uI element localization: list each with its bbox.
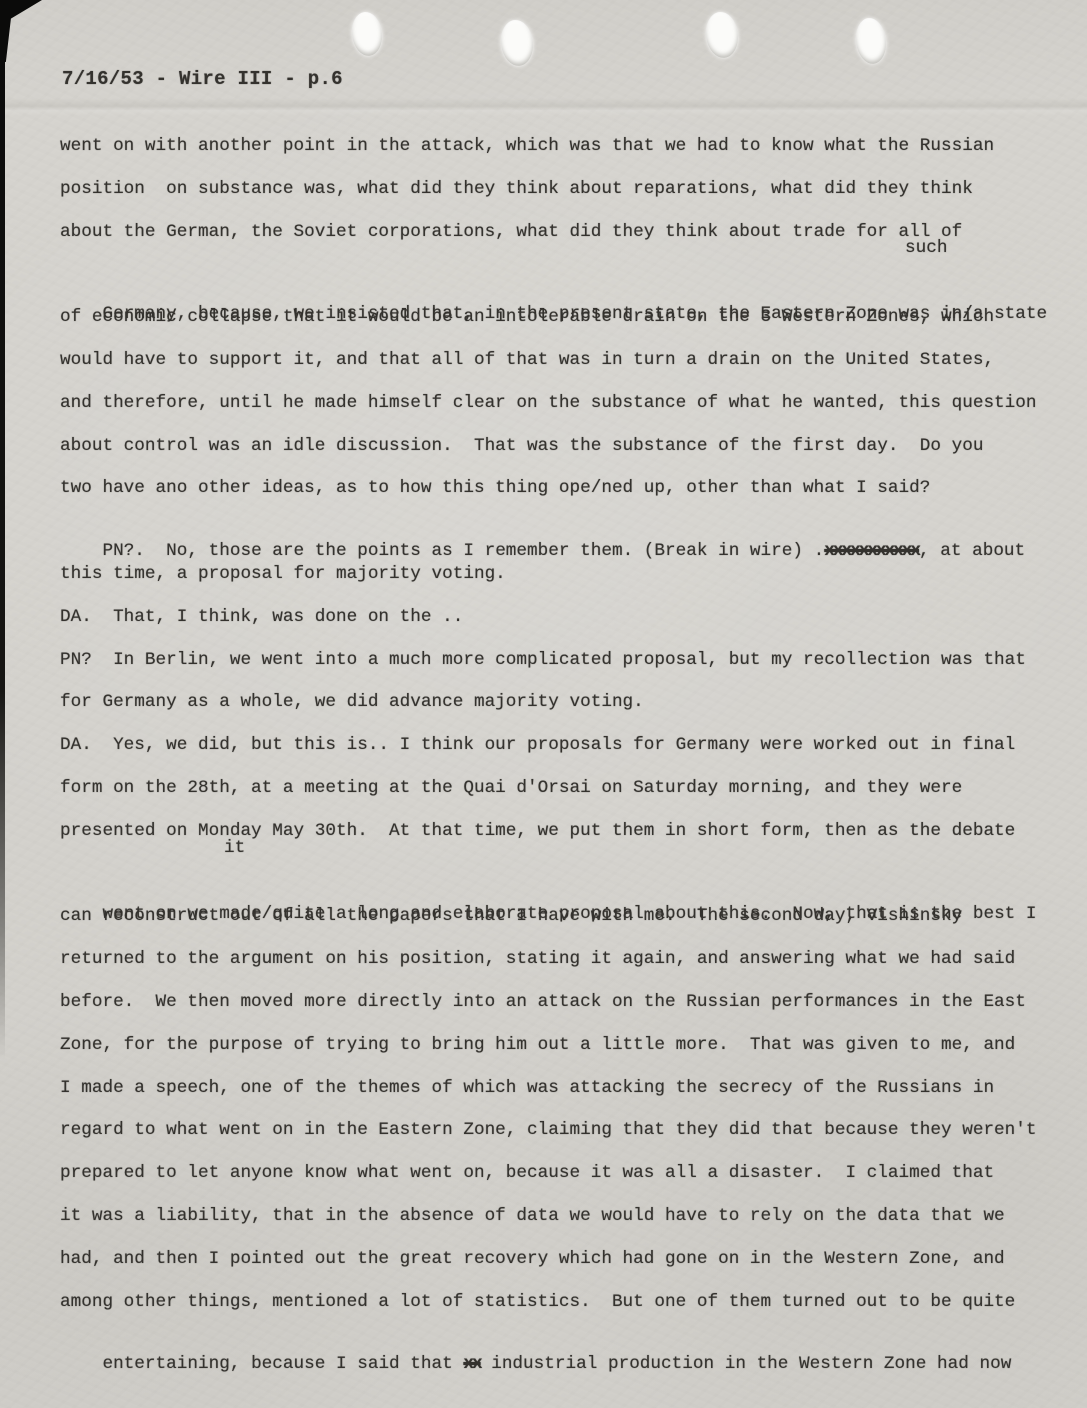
typed-line: position on substance was, what did they… <box>60 179 1060 222</box>
typed-line: returned to the argument on his position… <box>60 949 1060 992</box>
typed-line: would have to support it, and that all o… <box>60 350 1060 393</box>
inserted-word-such: such <box>905 238 947 258</box>
typed-line: for Germany as a whole, we did advance m… <box>60 692 1060 735</box>
paper-crease <box>0 98 1087 116</box>
line-text: about control was an idle discussion. Th… <box>60 436 983 456</box>
line-text: and therefore, until he made himself cle… <box>60 393 1037 413</box>
typed-line: had, and then I pointed out the great re… <box>60 1249 1060 1292</box>
typed-body: went on with another point in the attack… <box>60 136 1060 1377</box>
typed-line: form on the 28th, at a meeting at the Qu… <box>60 778 1060 821</box>
line-text: about the German, the Soviet corporation… <box>60 222 962 242</box>
typed-line: and therefore, until he made himself cle… <box>60 393 1060 436</box>
line-text: prepared to let anyone know what went on… <box>60 1163 994 1183</box>
line-text: presented on Monday May 30th. At that ti… <box>60 821 1015 841</box>
line-text: PN?. No, those are the points as I remem… <box>102 541 824 561</box>
line-text: went on with another point in the attack… <box>60 136 994 156</box>
line-text: DA. That, I think, was done on the .. <box>60 607 463 627</box>
line-text: Zone, for the purpose of trying to bring… <box>60 1035 1015 1055</box>
typed-line: entertaining, because I said that xx ind… <box>60 1334 1060 1377</box>
typed-line: can reconstruct out of all the papers th… <box>60 906 1060 949</box>
line-text: for Germany as a whole, we did advance m… <box>60 692 644 712</box>
typed-line: regard to what went on in the Eastern Zo… <box>60 1120 1060 1163</box>
typed-line: it was a liability, that in the absence … <box>60 1206 1060 1249</box>
line-text: of economic collapse that it would be an… <box>60 307 994 327</box>
line-text: position on substance was, what did they… <box>60 179 973 199</box>
line-text: I made a speech, one of the themes of wh… <box>60 1078 994 1098</box>
line-text: entertaining, because I said that <box>102 1354 463 1374</box>
typed-line: among other things, mentioned a lot of s… <box>60 1292 1060 1335</box>
typed-line: two have ano other ideas, as to how this… <box>60 478 1060 521</box>
typed-line: DA. That, I think, was done on the .. <box>60 607 1060 650</box>
typed-line: went on with another point in the attack… <box>60 136 1060 179</box>
struck-out-word: xx <box>463 1354 480 1374</box>
typed-line: PN?. No, those are the points as I remem… <box>60 521 1060 564</box>
typed-line: PN? In Berlin, we went into a much more … <box>60 650 1060 693</box>
line-text: before. We then moved more directly into… <box>60 992 1026 1012</box>
typed-line: Zone, for the purpose of trying to bring… <box>60 1035 1060 1078</box>
typed-line: of economic collapse that it would be an… <box>60 307 1060 350</box>
line-text: this time, a proposal for majority votin… <box>60 564 506 584</box>
line-text: it was a liability, that in the absence … <box>60 1206 1005 1226</box>
line-text: would have to support it, and that all o… <box>60 350 994 370</box>
line-text: among other things, mentioned a lot of s… <box>60 1292 1015 1312</box>
struck-out-word: xxxxxxxxxxx <box>824 541 919 561</box>
line-text: PN? In Berlin, we went into a much more … <box>60 650 1026 670</box>
page-header: 7/16/53 - Wire III - p.6 <box>62 68 343 90</box>
line-text: regard to what went on in the Eastern Zo… <box>60 1120 1037 1140</box>
typed-line: prepared to let anyone know what went on… <box>60 1163 1060 1206</box>
typed-line: this time, a proposal for majority votin… <box>60 564 1060 607</box>
line-text: form on the 28th, at a meeting at the Qu… <box>60 778 962 798</box>
line-text: two have ano other ideas, as to how this… <box>60 478 930 498</box>
typed-line: it went on we made/quite a long and elab… <box>60 864 1060 907</box>
typed-line: presented on Monday May 30th. At that ti… <box>60 821 1060 864</box>
typed-line: such Germany, because, we insisted that,… <box>60 264 1060 307</box>
scan-left-edge-shadow <box>0 0 5 1060</box>
line-text: returned to the argument on his position… <box>60 949 1015 969</box>
typed-line: before. We then moved more directly into… <box>60 992 1060 1035</box>
line-text: industrial production in the Western Zon… <box>481 1354 1012 1374</box>
line-text: had, and then I pointed out the great re… <box>60 1249 1005 1269</box>
line-text: DA. Yes, we did, but this is.. I think o… <box>60 735 1015 755</box>
typed-line: DA. Yes, we did, but this is.. I think o… <box>60 735 1060 778</box>
line-text: , at about <box>919 541 1025 561</box>
typed-line: I made a speech, one of the themes of wh… <box>60 1078 1060 1121</box>
typed-line: about control was an idle discussion. Th… <box>60 436 1060 479</box>
line-text: can reconstruct out of all the papers th… <box>60 906 962 926</box>
inserted-word-it: it <box>224 838 245 858</box>
